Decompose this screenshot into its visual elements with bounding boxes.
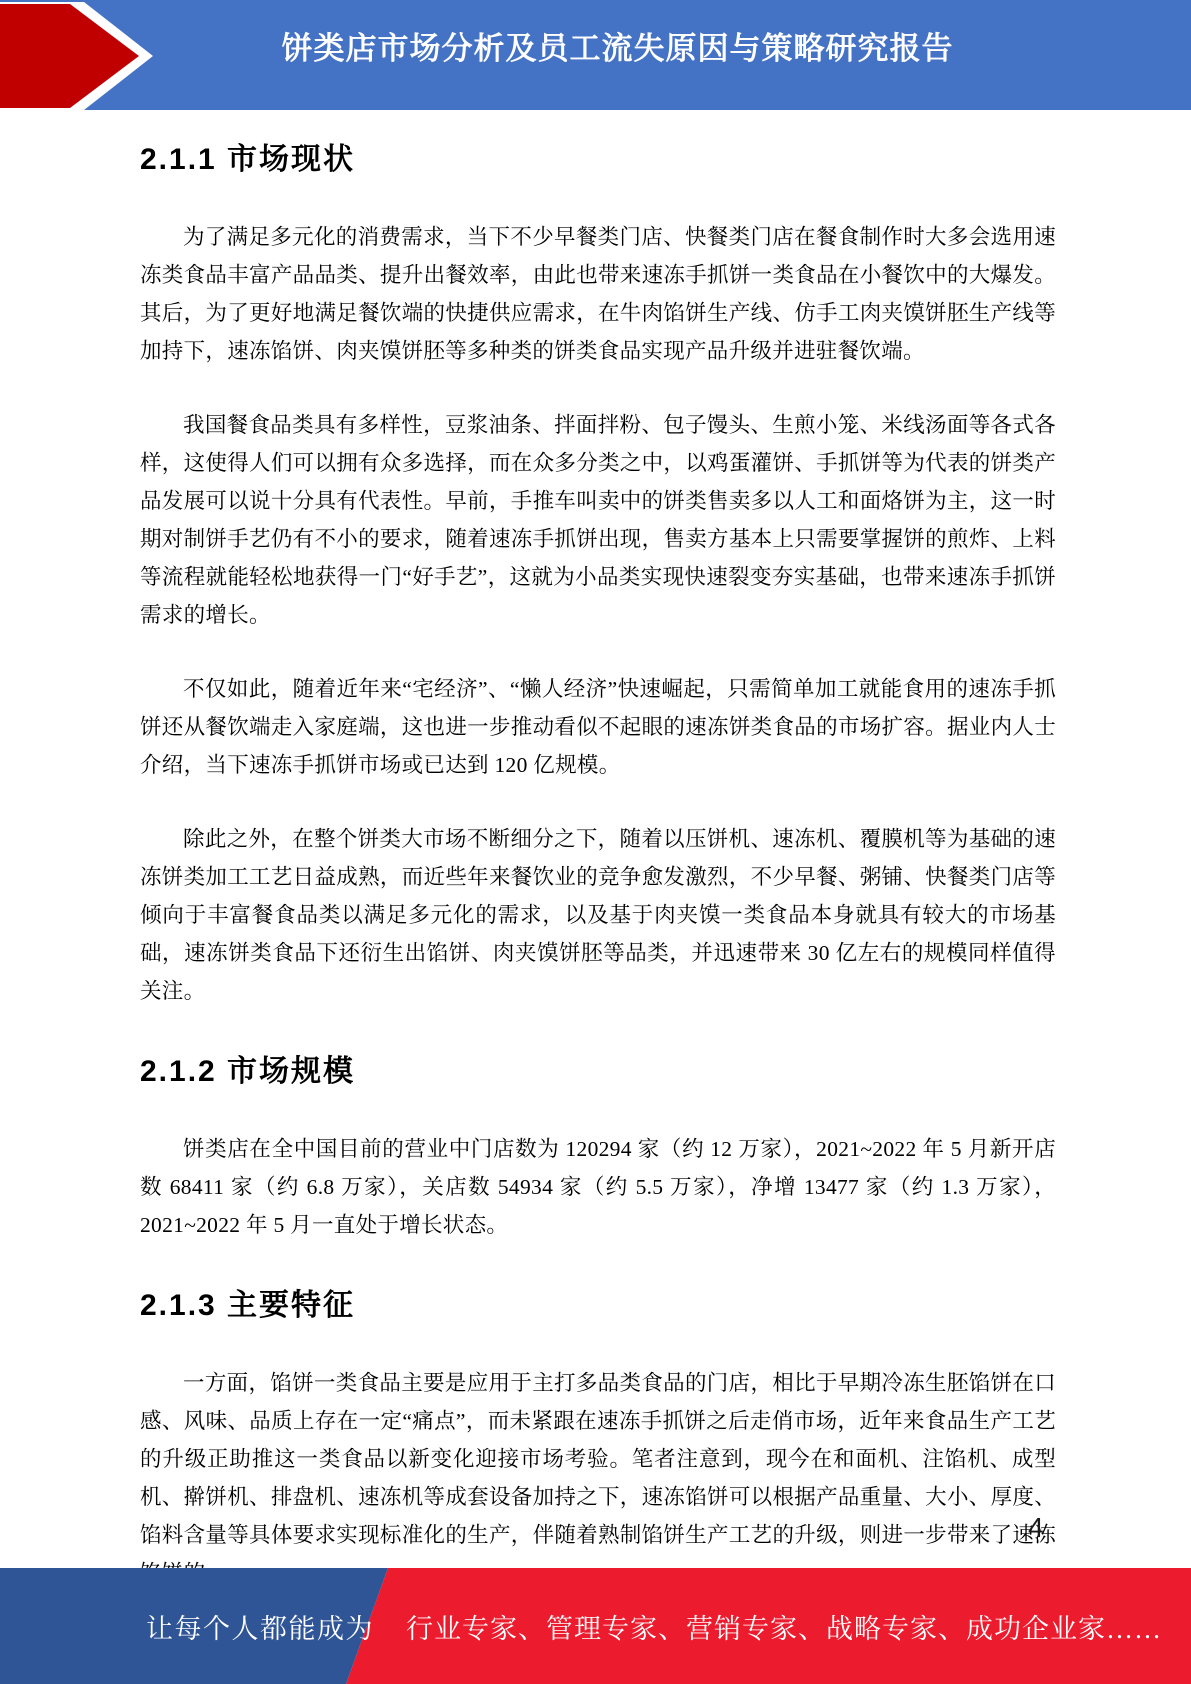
page-header: 饼类店市场分析及员工流失原因与策略研究报告 bbox=[0, 0, 1191, 110]
paragraph: 为了满足多元化的消费需求，当下不少早餐类门店、快餐类门店在餐食制作时大多会选用速… bbox=[140, 218, 1056, 370]
footer-slogan-right: 行业专家、管理专家、营销专家、战略专家、成功企业家…… bbox=[406, 1568, 1162, 1684]
footer-slogan-left: 让每个人都能成为 bbox=[146, 1568, 374, 1684]
paragraph: 一方面，馅饼一类食品主要是应用于主打多品类食品的门店，相比于早期冷冻生胚馅饼在口… bbox=[140, 1364, 1056, 1592]
paragraph: 不仅如此，随着近年来“宅经济”、“懒人经济”快速崛起，只需简单加工就能食用的速冻… bbox=[140, 670, 1056, 784]
section-heading-main-features: 2.1.3 主要特征 bbox=[140, 1280, 1056, 1324]
report-title: 饼类店市场分析及员工流失原因与策略研究报告 bbox=[0, 0, 1191, 90]
section-heading-market-size: 2.1.2 市场规模 bbox=[140, 1046, 1056, 1090]
paragraph: 饼类店在全中国目前的营业中门店数为 120294 家（约 12 万家），2021… bbox=[140, 1130, 1056, 1244]
page-number: 4 bbox=[1028, 1512, 1044, 1544]
paragraph: 除此之外，在整个饼类大市场不断细分之下，随着以压饼机、速冻机、覆膜机等为基础的速… bbox=[140, 820, 1056, 1010]
page-footer: 让每个人都能成为 行业专家、管理专家、营销专家、战略专家、成功企业家…… bbox=[0, 1568, 1191, 1684]
section-heading-market-status: 2.1.1 市场现状 bbox=[140, 134, 1056, 178]
paragraph: 我国餐食品类具有多样性，豆浆油条、拌面拌粉、包子馒头、生煎小笼、米线汤面等各式各… bbox=[140, 406, 1056, 634]
document-body: 2.1.1 市场现状 为了满足多元化的消费需求，当下不少早餐类门店、快餐类门店在… bbox=[140, 110, 1056, 1628]
